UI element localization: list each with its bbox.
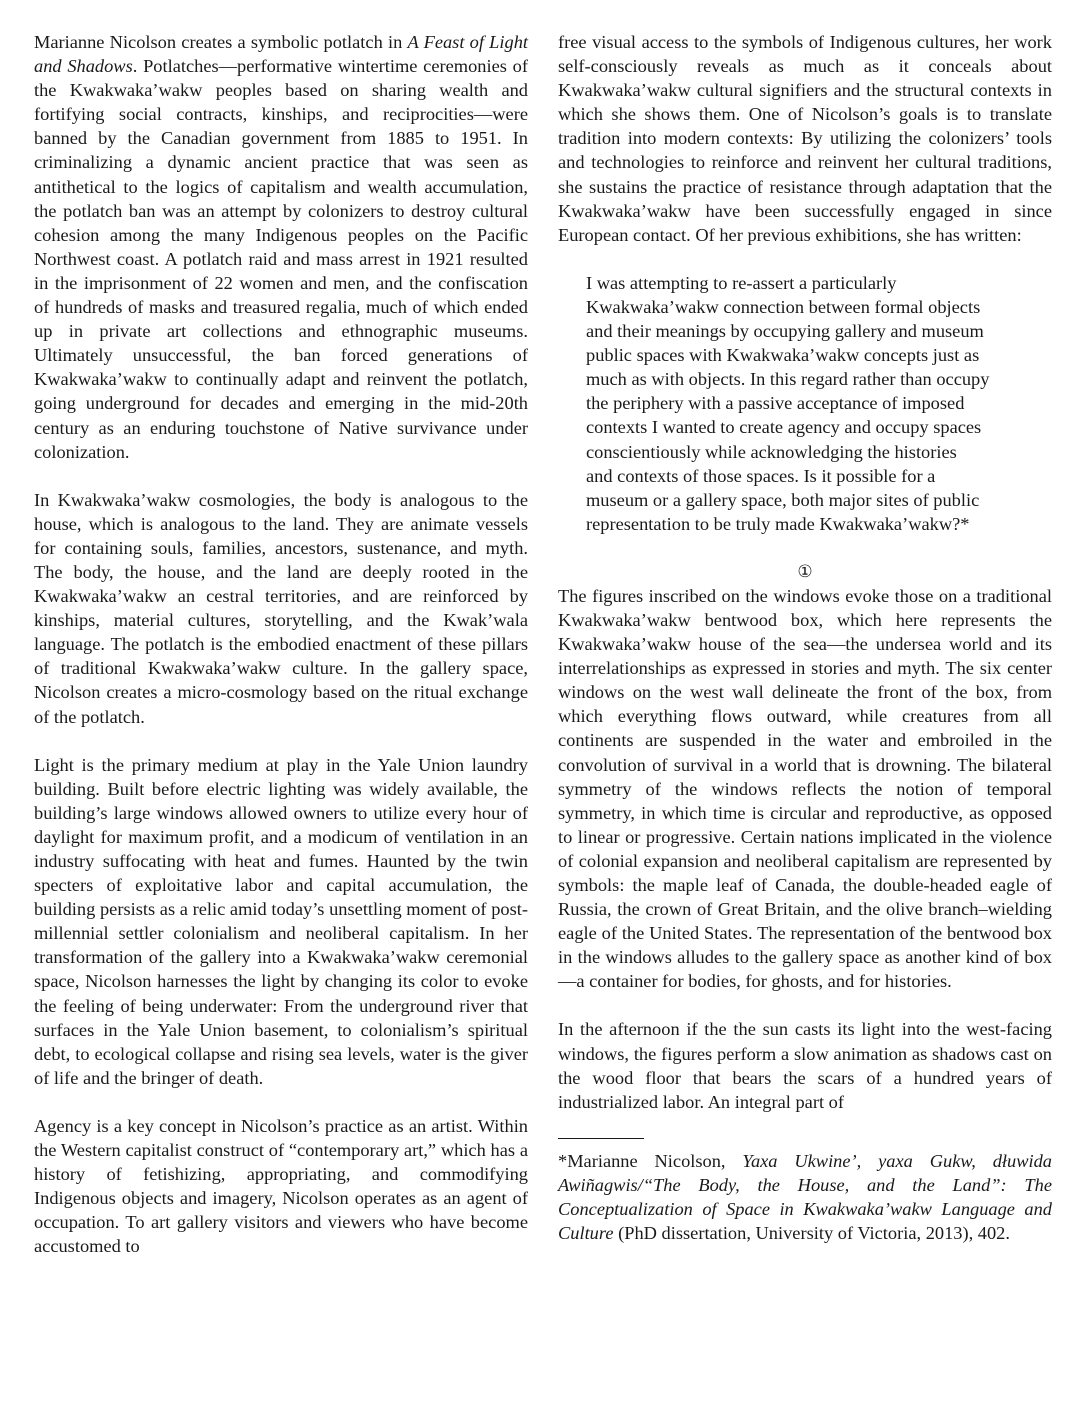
quote-line: much as with objects. In this regard rat… [586, 367, 1052, 391]
right-column: free visual access to the symbols of Ind… [558, 30, 1052, 1245]
paragraph-visual-access: free visual access to the symbols of Ind… [558, 30, 1052, 247]
section-marker-circled-one: ① [558, 560, 1052, 584]
quote-line: public spaces with Kwakwaka’wakw concept… [586, 343, 1052, 367]
footnote-author: *Marianne Nicolson, [558, 1151, 742, 1171]
quote-line: the periphery with a passive acceptance … [586, 391, 1052, 415]
paragraph-agency: Agency is a key concept in Nicolson’s pr… [34, 1114, 528, 1259]
paragraph-afternoon: In the afternoon if the the sun casts it… [558, 1017, 1052, 1113]
quote-line: contexts I wanted to create agency and o… [586, 415, 1052, 439]
blockquote: I was attempting to re-assert a particul… [586, 271, 1052, 536]
paragraph-text: Marianne Nicolson creates a symbolic pot… [34, 32, 407, 52]
paragraph-cosmologies: In Kwakwaka’wakw cosmologies, the body i… [34, 488, 528, 729]
paragraph-figures-windows: The figures inscribed on the windows evo… [558, 584, 1052, 994]
paragraph-potlatch-history: Marianne Nicolson creates a symbolic pot… [34, 30, 528, 464]
quote-line: museum or a gallery space, both major si… [586, 488, 1052, 512]
quote-line: representation to be truly made Kwakwaka… [586, 512, 1052, 536]
quote-line: Kwakwaka’wakw connection between formal … [586, 295, 1052, 319]
paragraph-light: Light is the primary medium at play in t… [34, 753, 528, 1090]
quote-line: I was attempting to re-assert a particul… [586, 271, 1052, 295]
quote-line: and contexts of those spaces. Is it poss… [586, 464, 1052, 488]
quote-line: conscientiously while acknowledging the … [586, 440, 1052, 464]
footnote: *Marianne Nicolson, Yaxa Ukwine’, yaxa G… [558, 1149, 1052, 1245]
left-column: Marianne Nicolson creates a symbolic pot… [34, 30, 528, 1259]
paragraph-text: . Potlatches—performative winter­time ce… [34, 56, 528, 462]
quote-line: and their meanings by occupying gallery … [586, 319, 1052, 343]
footnote-citation: (PhD dissertation, University of Victori… [614, 1223, 1010, 1243]
footnote-divider [558, 1138, 644, 1139]
